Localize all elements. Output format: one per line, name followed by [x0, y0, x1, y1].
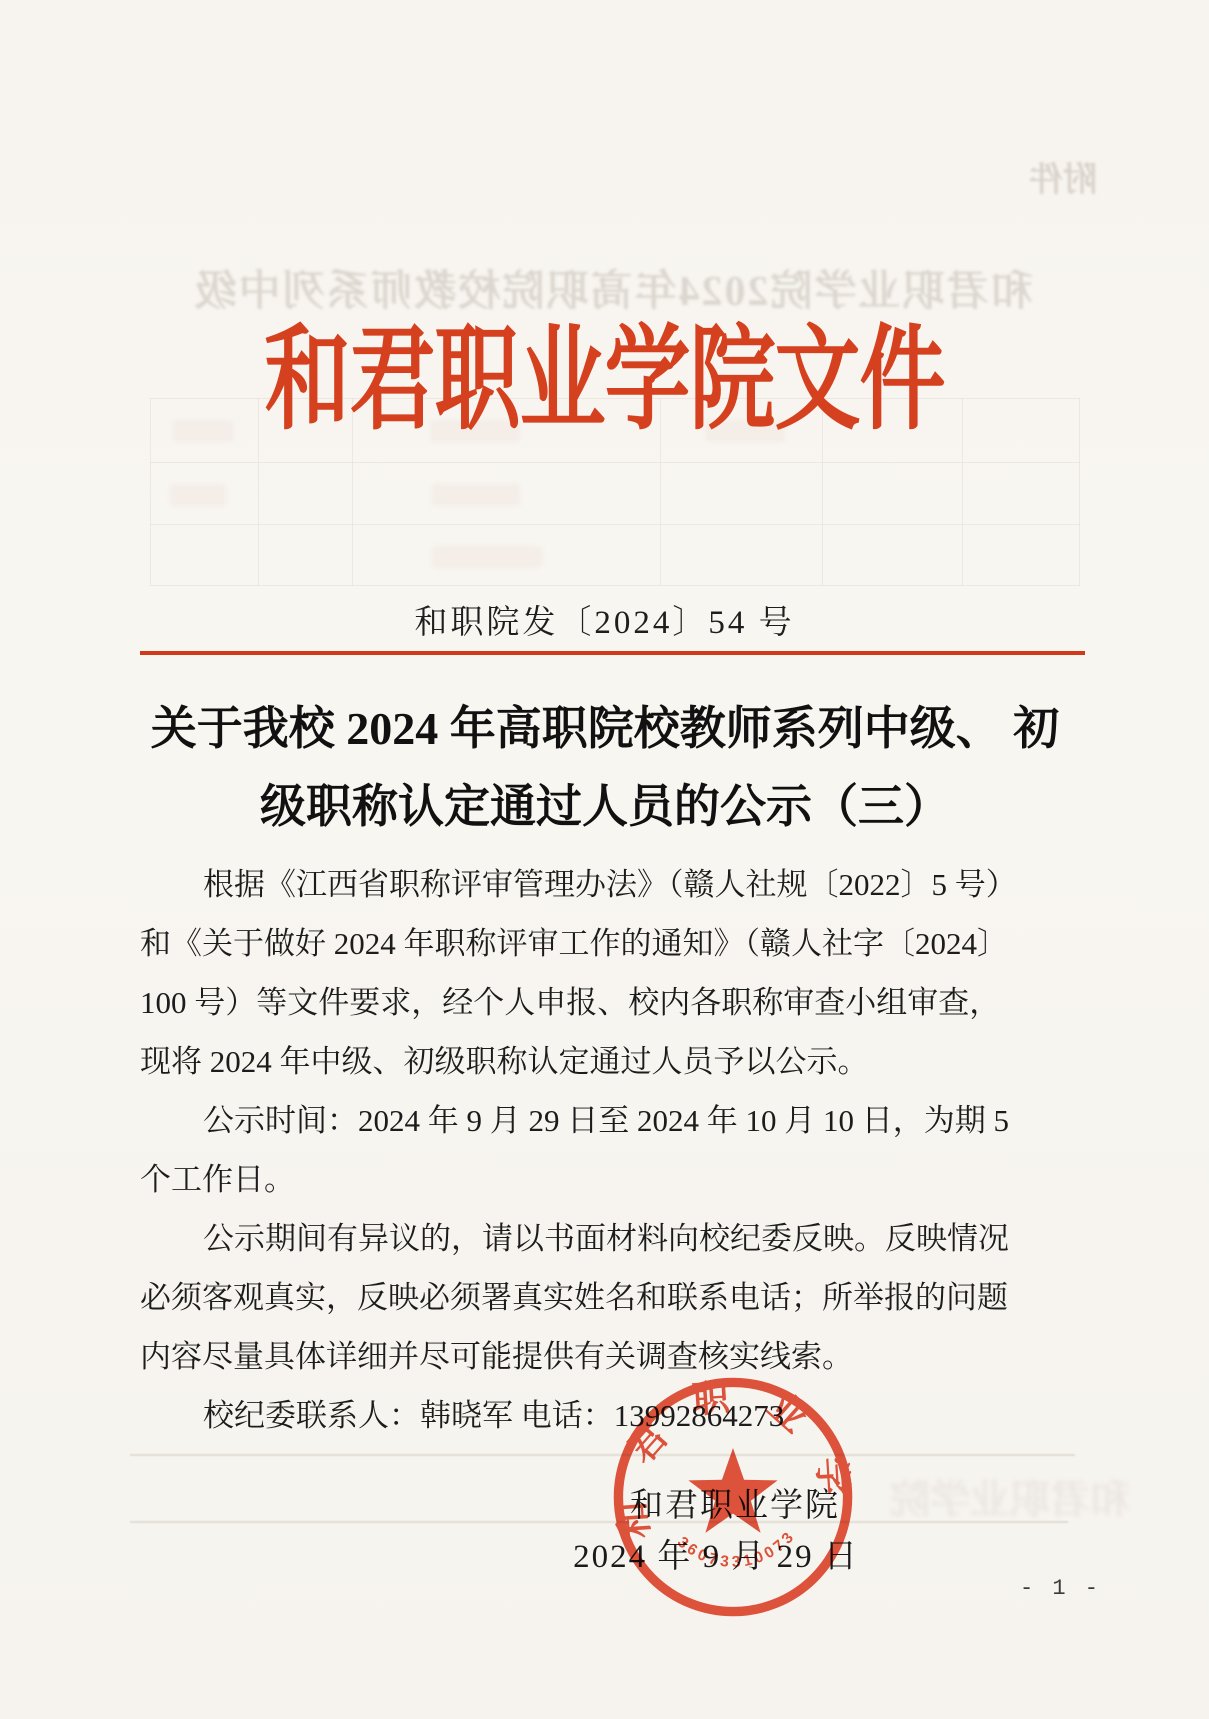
- body-line: 个工作日。: [140, 1150, 1088, 1209]
- letterhead-rule: [140, 651, 1085, 655]
- document-title-line1: 关于我校 2024 年高职院校教师系列中级、 初: [105, 690, 1105, 768]
- scanned-document-page: 附件 和君职业学院2024年高职院校教师系列中级 和君职业学院 和君职业学院文件…: [0, 0, 1209, 1719]
- official-seal: 和君职业学院 3607331007312: [608, 1372, 858, 1622]
- letterhead-title: 和君职业学院文件: [0, 288, 1209, 452]
- bleed-through-rule-upper: [130, 1454, 1075, 1456]
- document-title: 关于我校 2024 年高职院校教师系列中级、 初 级职称认定通过人员的公示（三）: [105, 690, 1105, 846]
- document-number: 和职院发〔2024〕54 号: [0, 596, 1209, 643]
- bleed-through-attachment-label: 附件: [1008, 152, 1118, 201]
- seal-star-icon: [688, 1448, 777, 1533]
- body-line: 必须客观真实，反映必须署真实姓名和联系电话；所举报的问题: [140, 1268, 1088, 1327]
- body-line: 现将 2024 年中级、初级职称认定通过人员予以公示。: [140, 1032, 1088, 1091]
- body-line: 根据《江西省职称评审管理办法》（赣人社规〔2022〕5 号）: [140, 855, 1088, 914]
- page-number: - 1 -: [1020, 1576, 1140, 1601]
- body-line: 公示时间：2024 年 9 月 29 日至 2024 年 10 月 10 日，为…: [140, 1091, 1088, 1150]
- body-line: 和《关于做好 2024 年职称评审工作的通知》（赣人社字〔2024〕: [140, 914, 1088, 973]
- document-title-line2: 级职称认定通过人员的公示（三）: [105, 768, 1105, 846]
- body-line: 100 号）等文件要求，经个人申报、校内各职称审查小组审查，: [140, 973, 1088, 1032]
- body-line: 公示期间有异议的，请以书面材料向校纪委反映。反映情况: [140, 1209, 1088, 1268]
- body-text: 根据《江西省职称评审管理办法》（赣人社规〔2022〕5 号） 和《关于做好 20…: [140, 855, 1088, 1445]
